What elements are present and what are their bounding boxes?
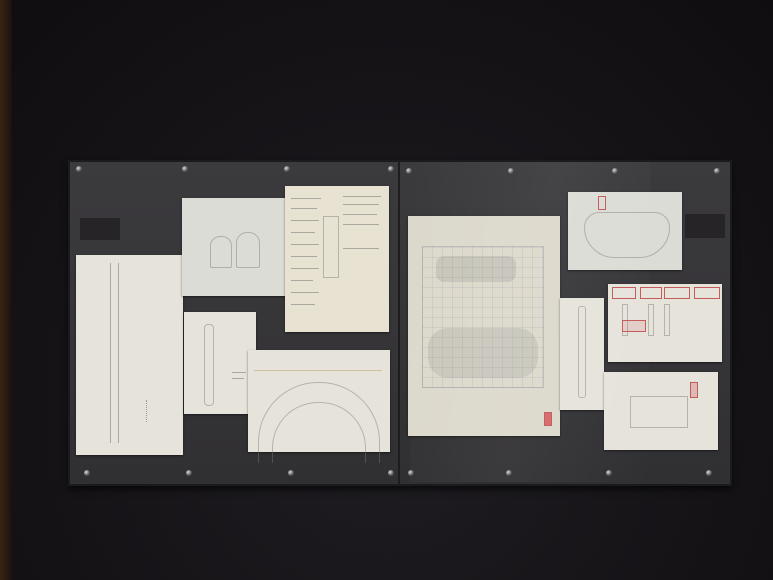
- arc-shell-sketch: [248, 350, 390, 452]
- screw: [388, 166, 394, 172]
- wall-edge: [0, 0, 12, 580]
- screw: [406, 168, 412, 174]
- screw: [76, 166, 82, 172]
- exhibit-label-left: [80, 218, 120, 240]
- screw: [706, 470, 712, 476]
- screw: [606, 470, 612, 476]
- display-case: [68, 160, 732, 486]
- screw: [186, 470, 192, 476]
- screw: [506, 470, 512, 476]
- screw: [714, 168, 720, 174]
- dome-shapes-sketch: [182, 198, 286, 296]
- panel-divider: [398, 162, 400, 484]
- exhibit-label-right: [685, 214, 725, 238]
- screw: [84, 470, 90, 476]
- narrow-figure-sketch: [184, 312, 256, 414]
- screw: [508, 168, 514, 174]
- handwritten-notes-page: [285, 186, 389, 332]
- screw: [182, 166, 188, 172]
- screw: [612, 168, 618, 174]
- screw: [408, 470, 414, 476]
- screw: [388, 470, 394, 476]
- screw: [288, 470, 294, 476]
- tall-blade-sketch: [76, 255, 183, 455]
- screw: [284, 166, 290, 172]
- glass-reflection: [410, 162, 650, 482]
